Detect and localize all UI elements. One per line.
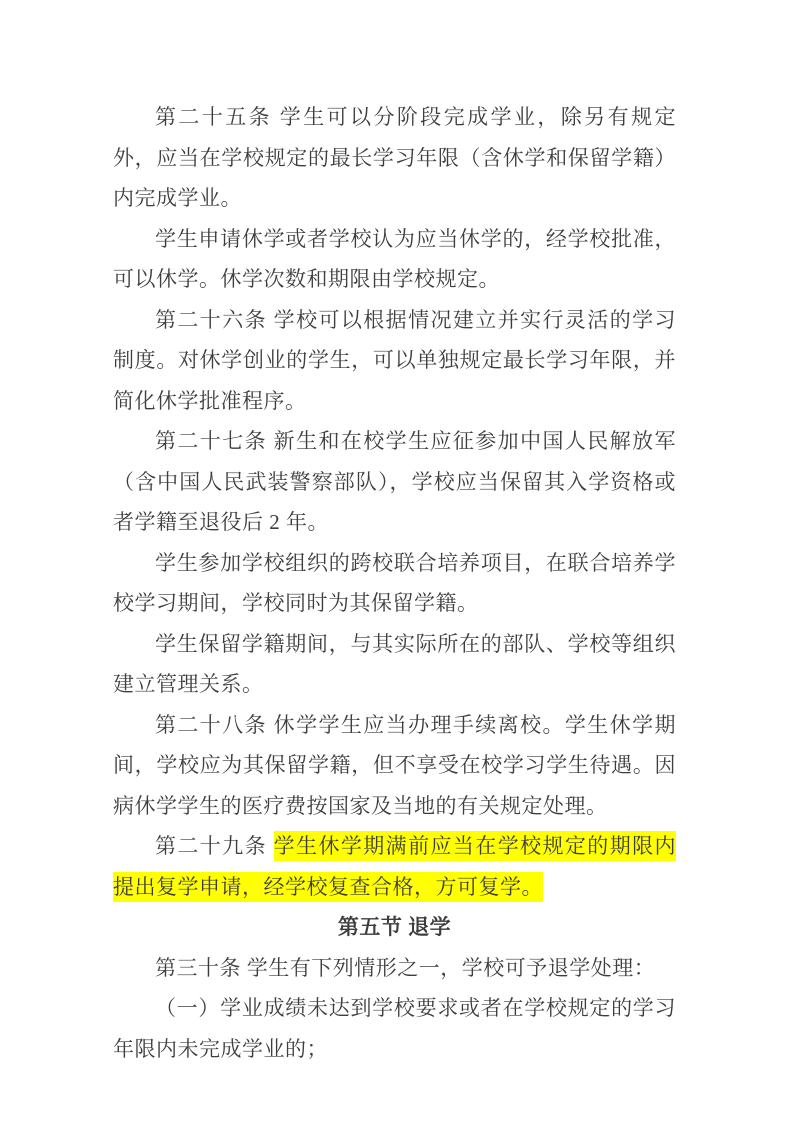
paragraph-article-29: 第二十九条 学生休学期满前应当在学校规定的期限内提出复学申请，经学校复查合格，方… [113,826,676,907]
article-29-label: 第二十九条 [155,834,274,858]
section-heading: 第五节 退学 [113,907,676,948]
paragraph-article-25: 第二十五条 学生可以分阶段完成学业，除另有规定外，应当在学校规定的最长学习年限（… [113,97,676,219]
paragraph-article-30: 第三十条 学生有下列情形之一，学校可予退学处理： [113,948,676,989]
paragraph-status-retention: 学生保留学籍期间，与其实际所在的部队、学校等组织建立管理关系。 [113,624,676,705]
paragraph-article-26: 第二十六条 学校可以根据情况建立并实行灵活的学习制度。对休学创业的学生，可以单独… [113,300,676,422]
paragraph-article-27: 第二十七条 新生和在校学生应征参加中国人民解放军（含中国人民武装警察部队），学校… [113,421,676,543]
paragraph-joint-training: 学生参加学校组织的跨校联合培养项目，在联合培养学校学习期间，学校同时为其保留学籍… [113,543,676,624]
paragraph-article-28: 第二十八条 休学学生应当办理手续离校。学生休学期间，学校应为其保留学籍，但不享受… [113,705,676,827]
document-page: 第二十五条 学生可以分阶段完成学业，除另有规定外，应当在学校规定的最长学习年限（… [0,0,793,1122]
paragraph-leave-application: 学生申请休学或者学校认为应当休学的，经学校批准，可以休学。休学次数和期限由学校规… [113,219,676,300]
paragraph-item-one: （一）学业成绩未达到学校要求或者在学校规定的学习年限内未完成学业的； [113,988,676,1069]
